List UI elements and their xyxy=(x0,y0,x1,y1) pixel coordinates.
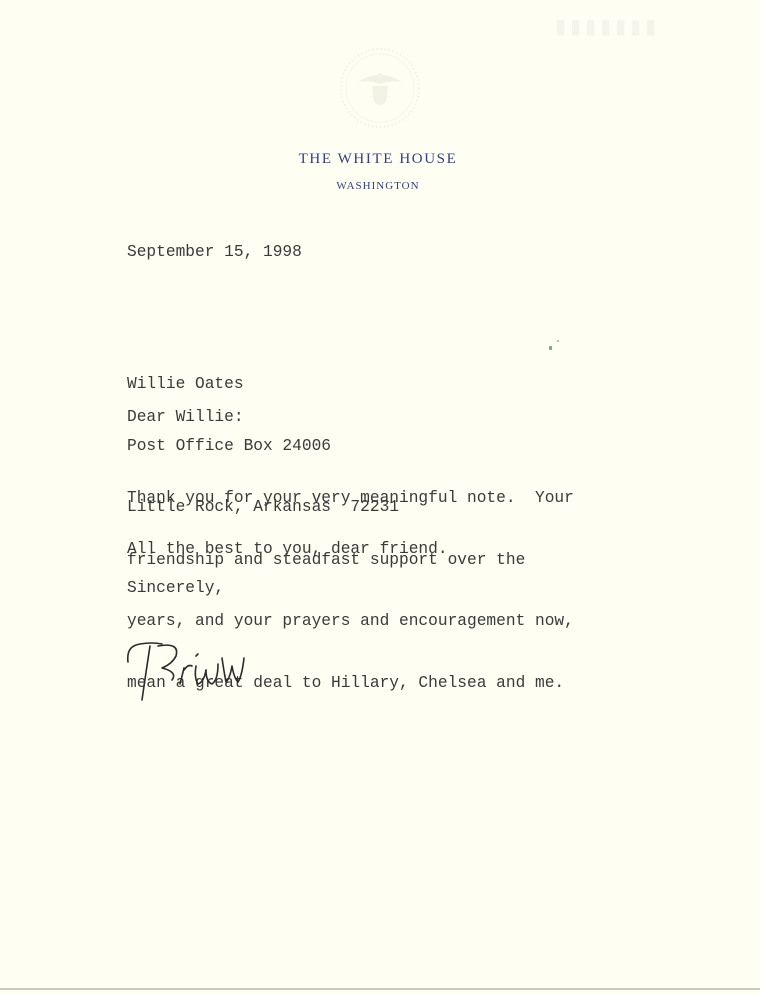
letterhead-city: WASHINGTON xyxy=(0,180,756,192)
handwritten-signature xyxy=(122,632,267,710)
closing-line: All the best to you, dear friend. xyxy=(127,539,448,560)
signoff: Sincerely, xyxy=(127,578,224,599)
paper-speck xyxy=(557,340,559,342)
body-line: years, and your prayers and encouragemen… xyxy=(127,611,574,632)
salutation: Dear Willie: xyxy=(127,407,244,428)
paper-speck xyxy=(549,346,552,350)
presidential-seal-embossed-icon xyxy=(338,46,422,130)
recipient-name: Willie Oates xyxy=(127,374,399,395)
letter-date: September 15, 1998 xyxy=(127,242,302,263)
letter-page: ▮▮▮▮▮▮▮ THE WHITE HOUSE WASHINGTON Septe… xyxy=(0,0,760,988)
reverse-bleed-through: ▮▮▮▮▮▮▮ xyxy=(555,14,725,36)
body-line: Thank you for your very meaningful note.… xyxy=(127,488,574,509)
letterhead-title: THE WHITE HOUSE xyxy=(0,151,756,168)
page-bottom-edge xyxy=(0,988,760,990)
